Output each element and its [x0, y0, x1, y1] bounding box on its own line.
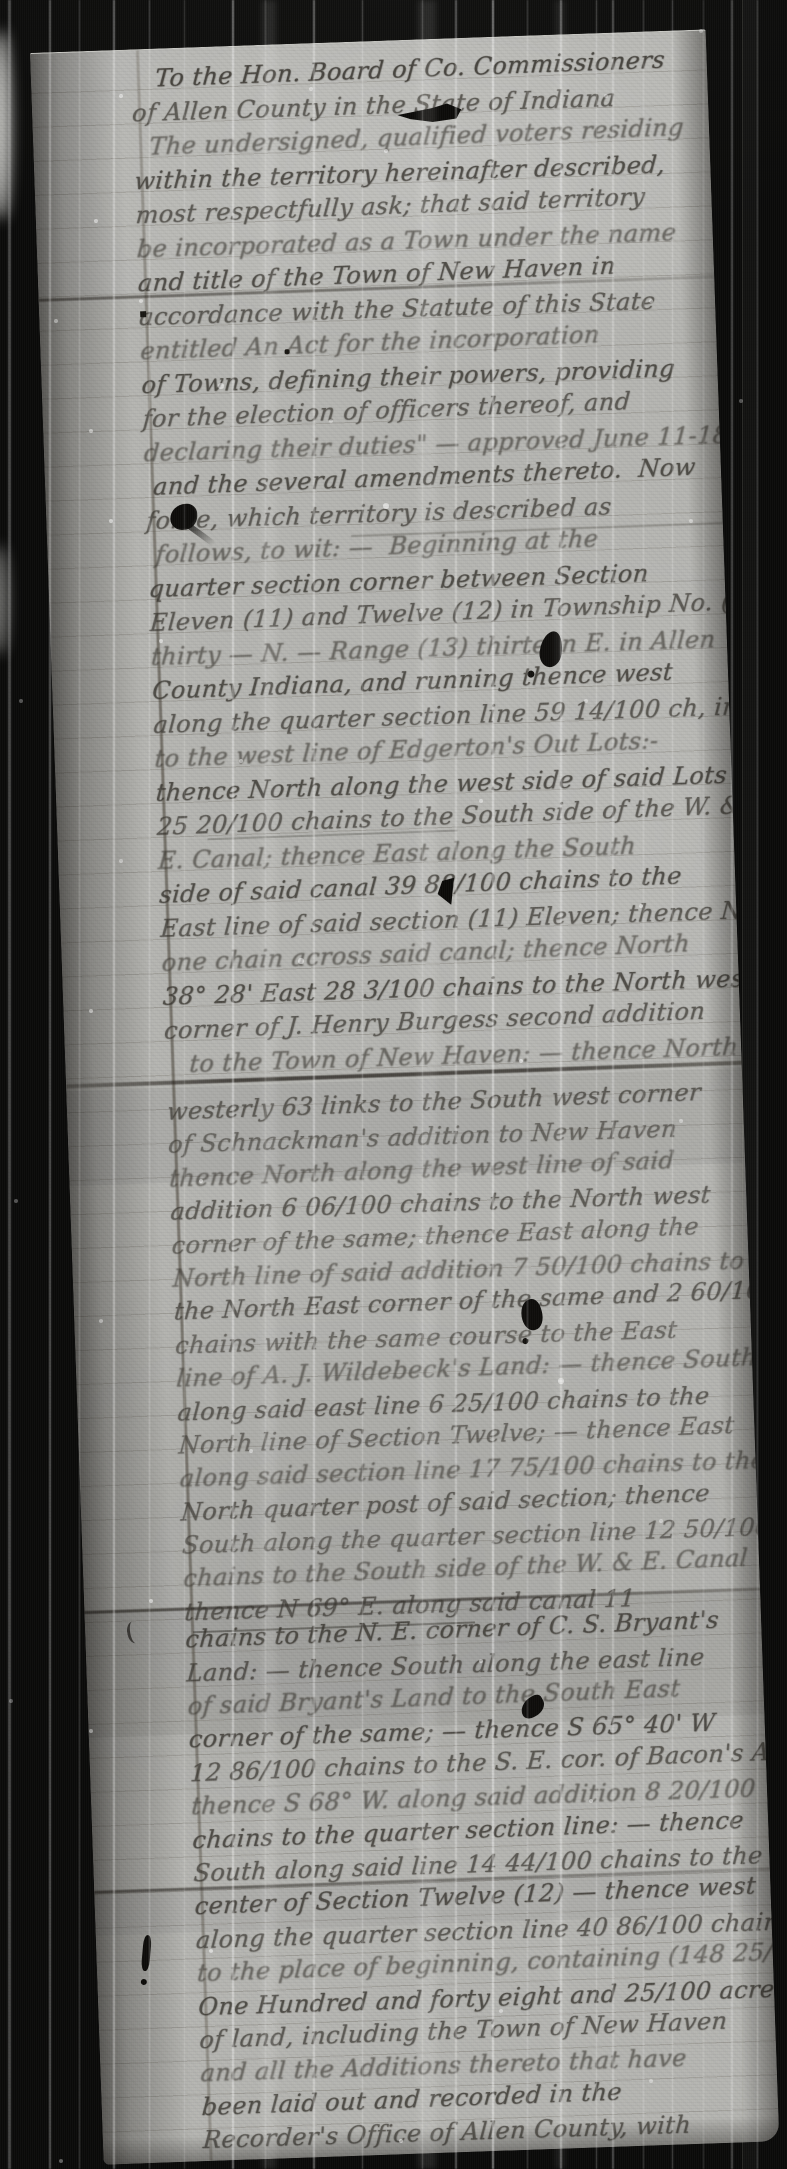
- handwriting-section: center of Section Twelve (12) — thence w…: [194, 1871, 769, 2158]
- handwriting-section: chains to the N. E. corner of C. S. Brya…: [185, 1604, 760, 1891]
- film-scratch: [8, 0, 11, 2169]
- dust-specks: [0, 0, 2, 2]
- handwriting-block: To the Hon. Board of Co. Commissionersof…: [130, 43, 769, 2158]
- handwriting-section: To the Hon. Board of Co. Commissionersof…: [130, 43, 731, 1082]
- handwriting-section: westerly 63 links to the South west corn…: [166, 1076, 750, 1630]
- light-leak: [0, 30, 10, 220]
- scanned-page: To the Hon. Board of Co. Commissionersof…: [0, 0, 787, 2169]
- light-leak: [0, 545, 7, 655]
- paper-sheet: To the Hon. Board of Co. Commissionersof…: [30, 29, 779, 2164]
